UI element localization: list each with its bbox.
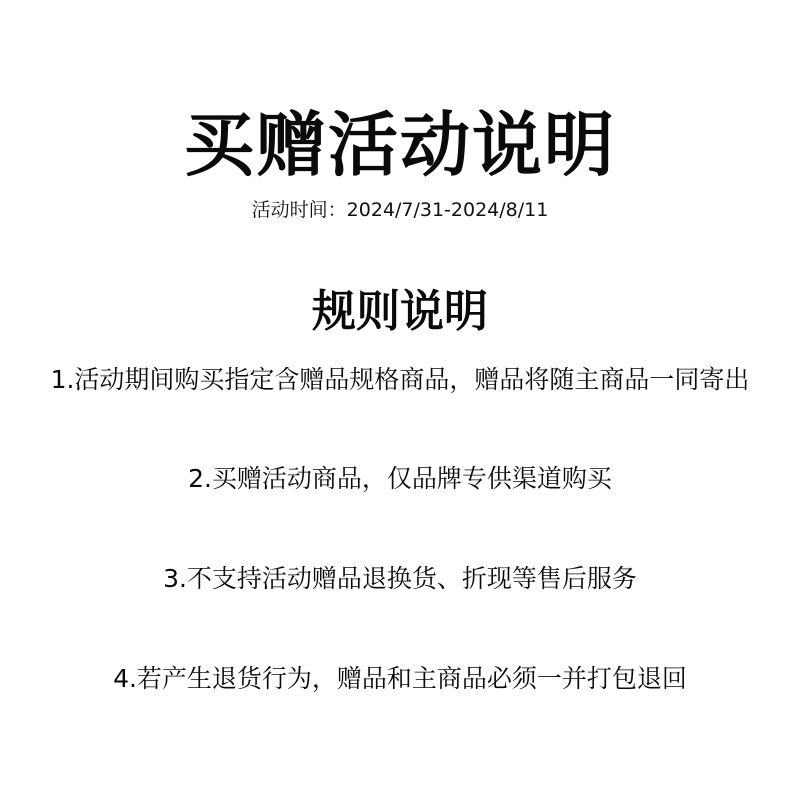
rule-item: 2.买赠活动商品，仅品牌专供渠道购买	[0, 461, 800, 497]
rules-heading: 规则说明	[0, 282, 800, 342]
page-title: 买赠活动说明	[0, 100, 800, 190]
activity-period: 活动时间：2024/7/31-2024/8/11	[0, 196, 800, 224]
rule-item: 3.不支持活动赠品退换货、折现等售后服务	[0, 561, 800, 597]
rule-item: 1.活动期间购买指定含赠品规格商品，赠品将随主商品一同寄出	[0, 362, 800, 398]
promotion-notice-page: 买赠活动说明 活动时间：2024/7/31-2024/8/11 规则说明 1.活…	[0, 0, 800, 800]
rule-item: 4.若产生退货行为，赠品和主商品必须一并打包退回	[0, 661, 800, 697]
